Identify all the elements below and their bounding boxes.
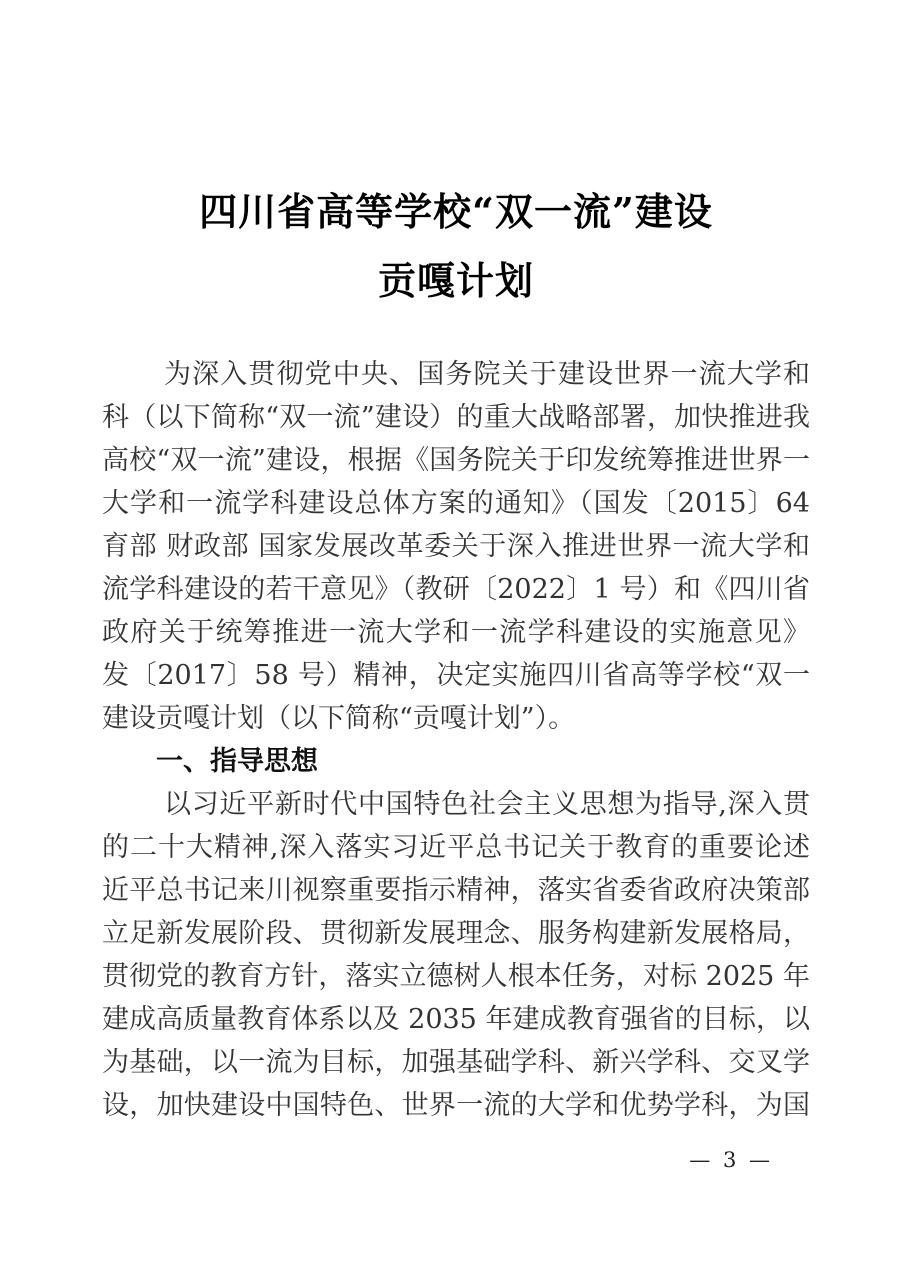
document-title-line2: 贡嘎计划 [102,246,810,315]
intro-paragraph-line: 高校“双一流”建设，根据《国务院关于印发统筹推进世界一流 [102,439,810,482]
intro-paragraph-line: 政府关于统筹推进一流大学和一流学科建设的实施意见》（川府 [102,611,810,654]
intro-paragraph-line: 大学和一流学科建设总体方案的通知》（国发〔2015〕64 号）、《教 [102,482,810,525]
intro-paragraph-line: 科（以下简称“双一流”建设）的重大战略部署，加快推进我省 [102,396,810,439]
section-paragraph-line: 以习近平新时代中国特色社会主义思想为指导,深入贯彻党 [102,783,810,826]
intro-paragraph-line: 育部 财政部 国家发展改革委关于深入推进世界一流大学和一 [102,525,810,568]
section-paragraph-line: 的二十大精神,深入落实习近平总书记关于教育的重要论述和习 [102,826,810,869]
section-paragraph-line: 近平总书记来川视察重要指示精神，落实省委省政府决策部署， [102,869,810,912]
intro-paragraph-line: 发〔2017〕58 号）精神，决定实施四川省高等学校“双一流” [102,654,810,697]
section-paragraph-line: 建成高质量教育体系以及 2035 年建成教育强省的目标，以学科 [102,998,810,1041]
intro-paragraph-line: 流学科建设的若干意见》（教研〔2022〕1 号）和《四川省人民 [102,568,810,611]
section-paragraph-line: 贯彻党的教育方针，落实立德树人根本任务，对标 2025 年基本 [102,955,810,998]
document-title: 四川省高等学校“双一流”建设 贡嘎计划 [102,177,810,315]
section-paragraph-line: 设，加快建设中国特色、世界一流的大学和优势学科，为国家重 [102,1084,810,1127]
document-page: 四川省高等学校“双一流”建设 贡嘎计划 为深入贯彻党中央、国务院关于建设世界一流… [0,0,910,1286]
document-body: 为深入贯彻党中央、国务院关于建设世界一流大学和一流学 科（以下简称“双一流”建设… [102,353,810,1127]
intro-paragraph-line: 建设贡嘎计划（以下简称“贡嘎计划”）。 [102,697,810,740]
section-heading: 一、指导思想 [102,740,810,783]
section-paragraph-line: 立足新发展阶段、贯彻新发展理念、服务构建新发展格局，全面 [102,912,810,955]
section-paragraph-line: 为基础，以一流为目标，加强基础学科、新兴学科、交叉学科建 [102,1041,810,1084]
intro-paragraph-line: 为深入贯彻党中央、国务院关于建设世界一流大学和一流学 [102,353,810,396]
document-title-line1: 四川省高等学校“双一流”建设 [102,177,810,246]
page-number: — 3 — [689,1148,773,1172]
